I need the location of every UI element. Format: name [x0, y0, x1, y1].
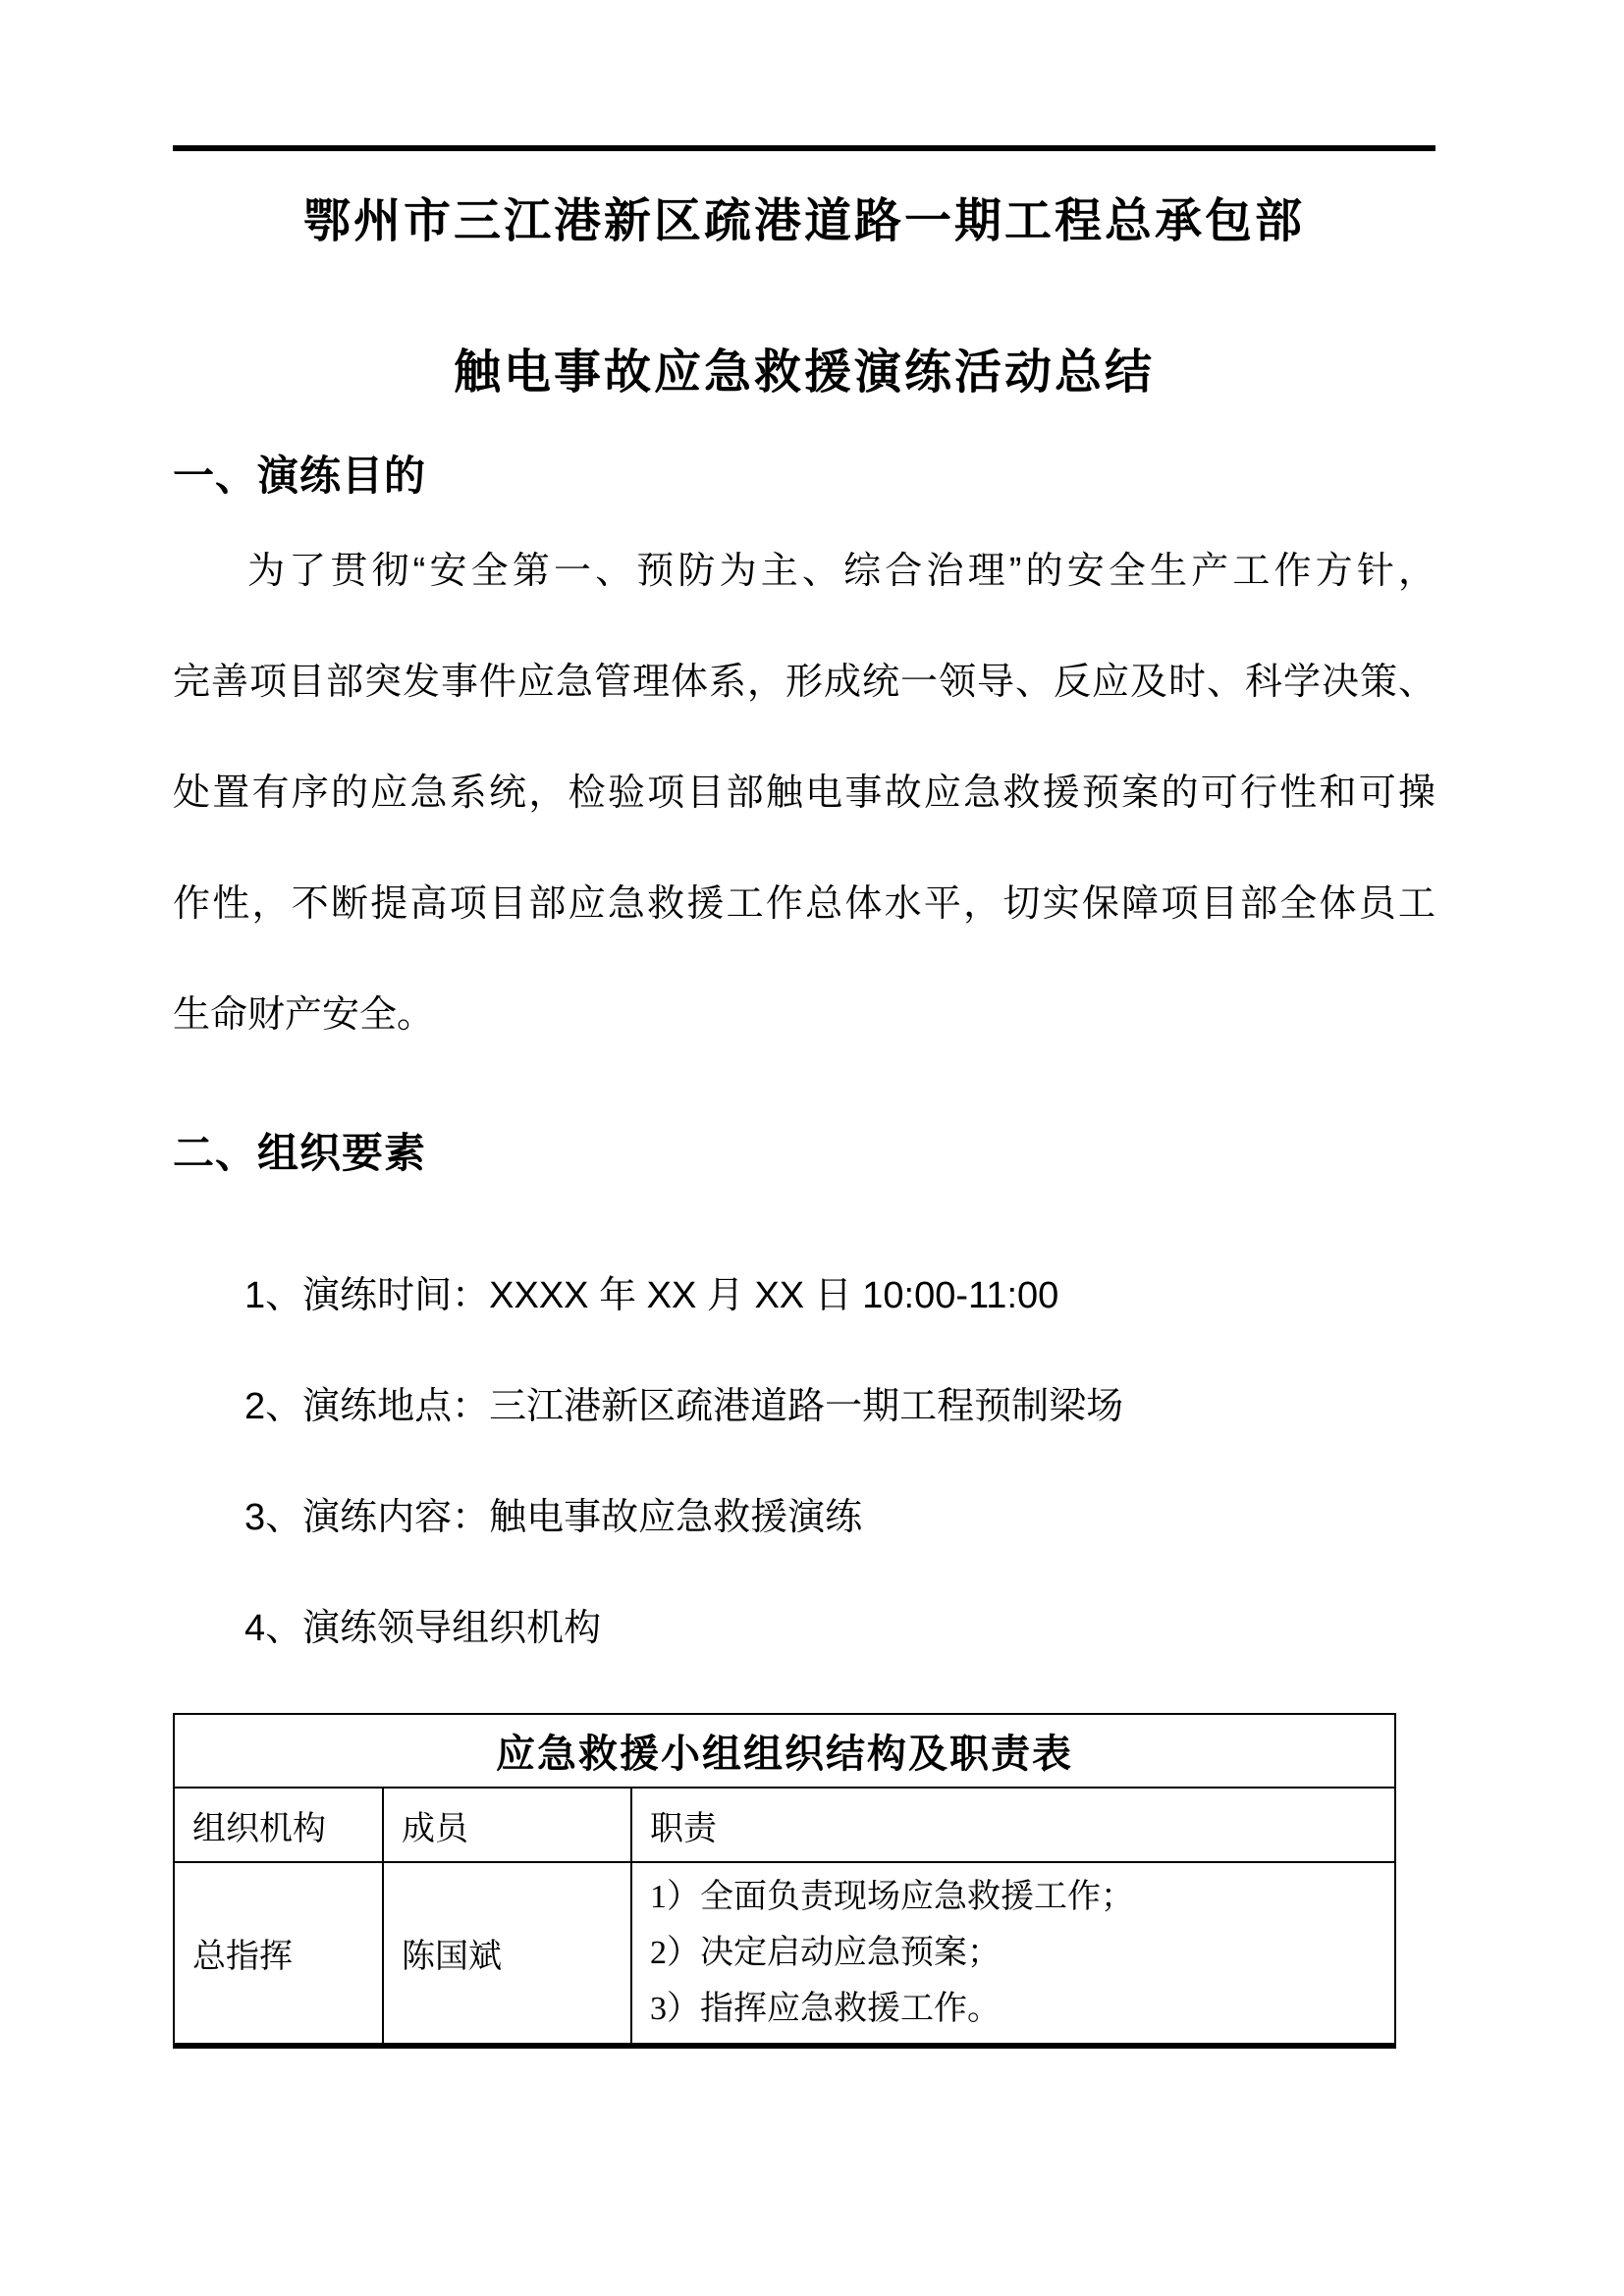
- column-header-org: 组织机构: [174, 1788, 383, 1862]
- table-title: 应急救援小组组织结构及职责表: [174, 1714, 1395, 1788]
- header-divider-rule: [173, 145, 1435, 151]
- paragraph-line: 生命财产安全。: [173, 960, 1435, 1071]
- cell-duties: 1）全面负责现场应急救援工作； 2）决定启动应急预案； 3）指挥应急救援工作。: [631, 1862, 1395, 2046]
- cell-member: 陈国斌: [383, 1862, 631, 2046]
- purpose-paragraph: 为了贯彻“安全第一、预防为主、综合治理”的安全生产工作方针， 完善项目部突发事件…: [173, 516, 1435, 1071]
- section-heading-purpose: 一、演练目的: [173, 452, 1435, 501]
- column-header-member: 成员: [383, 1788, 631, 1862]
- duty-line: 1）全面负责现场应急救援工作；: [650, 1869, 1394, 1925]
- paragraph-line: 处置有序的应急系统，检验项目部触电事故应急救援预案的可行性和可操: [173, 738, 1435, 849]
- paragraph-line: 作性，不断提高项目部应急救援工作总体水平，切实保障项目部全体员工: [173, 849, 1435, 960]
- list-item-drill-content: 3、演练内容：触电事故应急救援演练: [173, 1463, 1435, 1574]
- duty-line: 2）决定启动应急预案；: [650, 1925, 1394, 1981]
- column-header-duty: 职责: [631, 1788, 1395, 1862]
- duty-line: 3）指挥应急救援工作。: [650, 1981, 1394, 2037]
- document-page: 鄂州市三江港新区疏港道路一期工程总承包部 触电事故应急救援演练活动总结 一、演练…: [0, 0, 1624, 2296]
- list-item-drill-time: 1、演练时间：XXXX 年 XX 月 XX 日 10:00-11:00: [173, 1241, 1435, 1352]
- table-header-row: 组织机构 成员 职责: [174, 1788, 1395, 1862]
- doc-subtitle: 触电事故应急救援演练活动总结: [173, 346, 1435, 400]
- table-title-row: 应急救援小组组织结构及职责表: [174, 1714, 1395, 1788]
- cell-org: 总指挥: [174, 1862, 383, 2046]
- list-item-drill-org: 4、演练领导组织机构: [173, 1574, 1435, 1684]
- list-item-drill-place: 2、演练地点：三江港新区疏港道路一期工程预制梁场: [173, 1352, 1435, 1463]
- rescue-team-duty-table: 应急救援小组组织结构及职责表 组织机构 成员 职责 总指挥 陈国斌 1）全面负责…: [173, 1713, 1396, 2049]
- table-row: 总指挥 陈国斌 1）全面负责现场应急救援工作； 2）决定启动应急预案； 3）指挥…: [174, 1862, 1395, 2046]
- section-heading-elements: 二、组织要素: [173, 1129, 1435, 1178]
- paragraph-line: 完善项目部突发事件应急管理体系，形成统一领导、反应及时、科学决策、: [173, 627, 1435, 738]
- doc-title: 鄂州市三江港新区疏港道路一期工程总承包部: [173, 194, 1435, 249]
- elements-list: 1、演练时间：XXXX 年 XX 月 XX 日 10:00-11:00 2、演练…: [173, 1241, 1435, 1684]
- paragraph-line: 为了贯彻“安全第一、预防为主、综合治理”的安全生产工作方针，: [173, 516, 1435, 627]
